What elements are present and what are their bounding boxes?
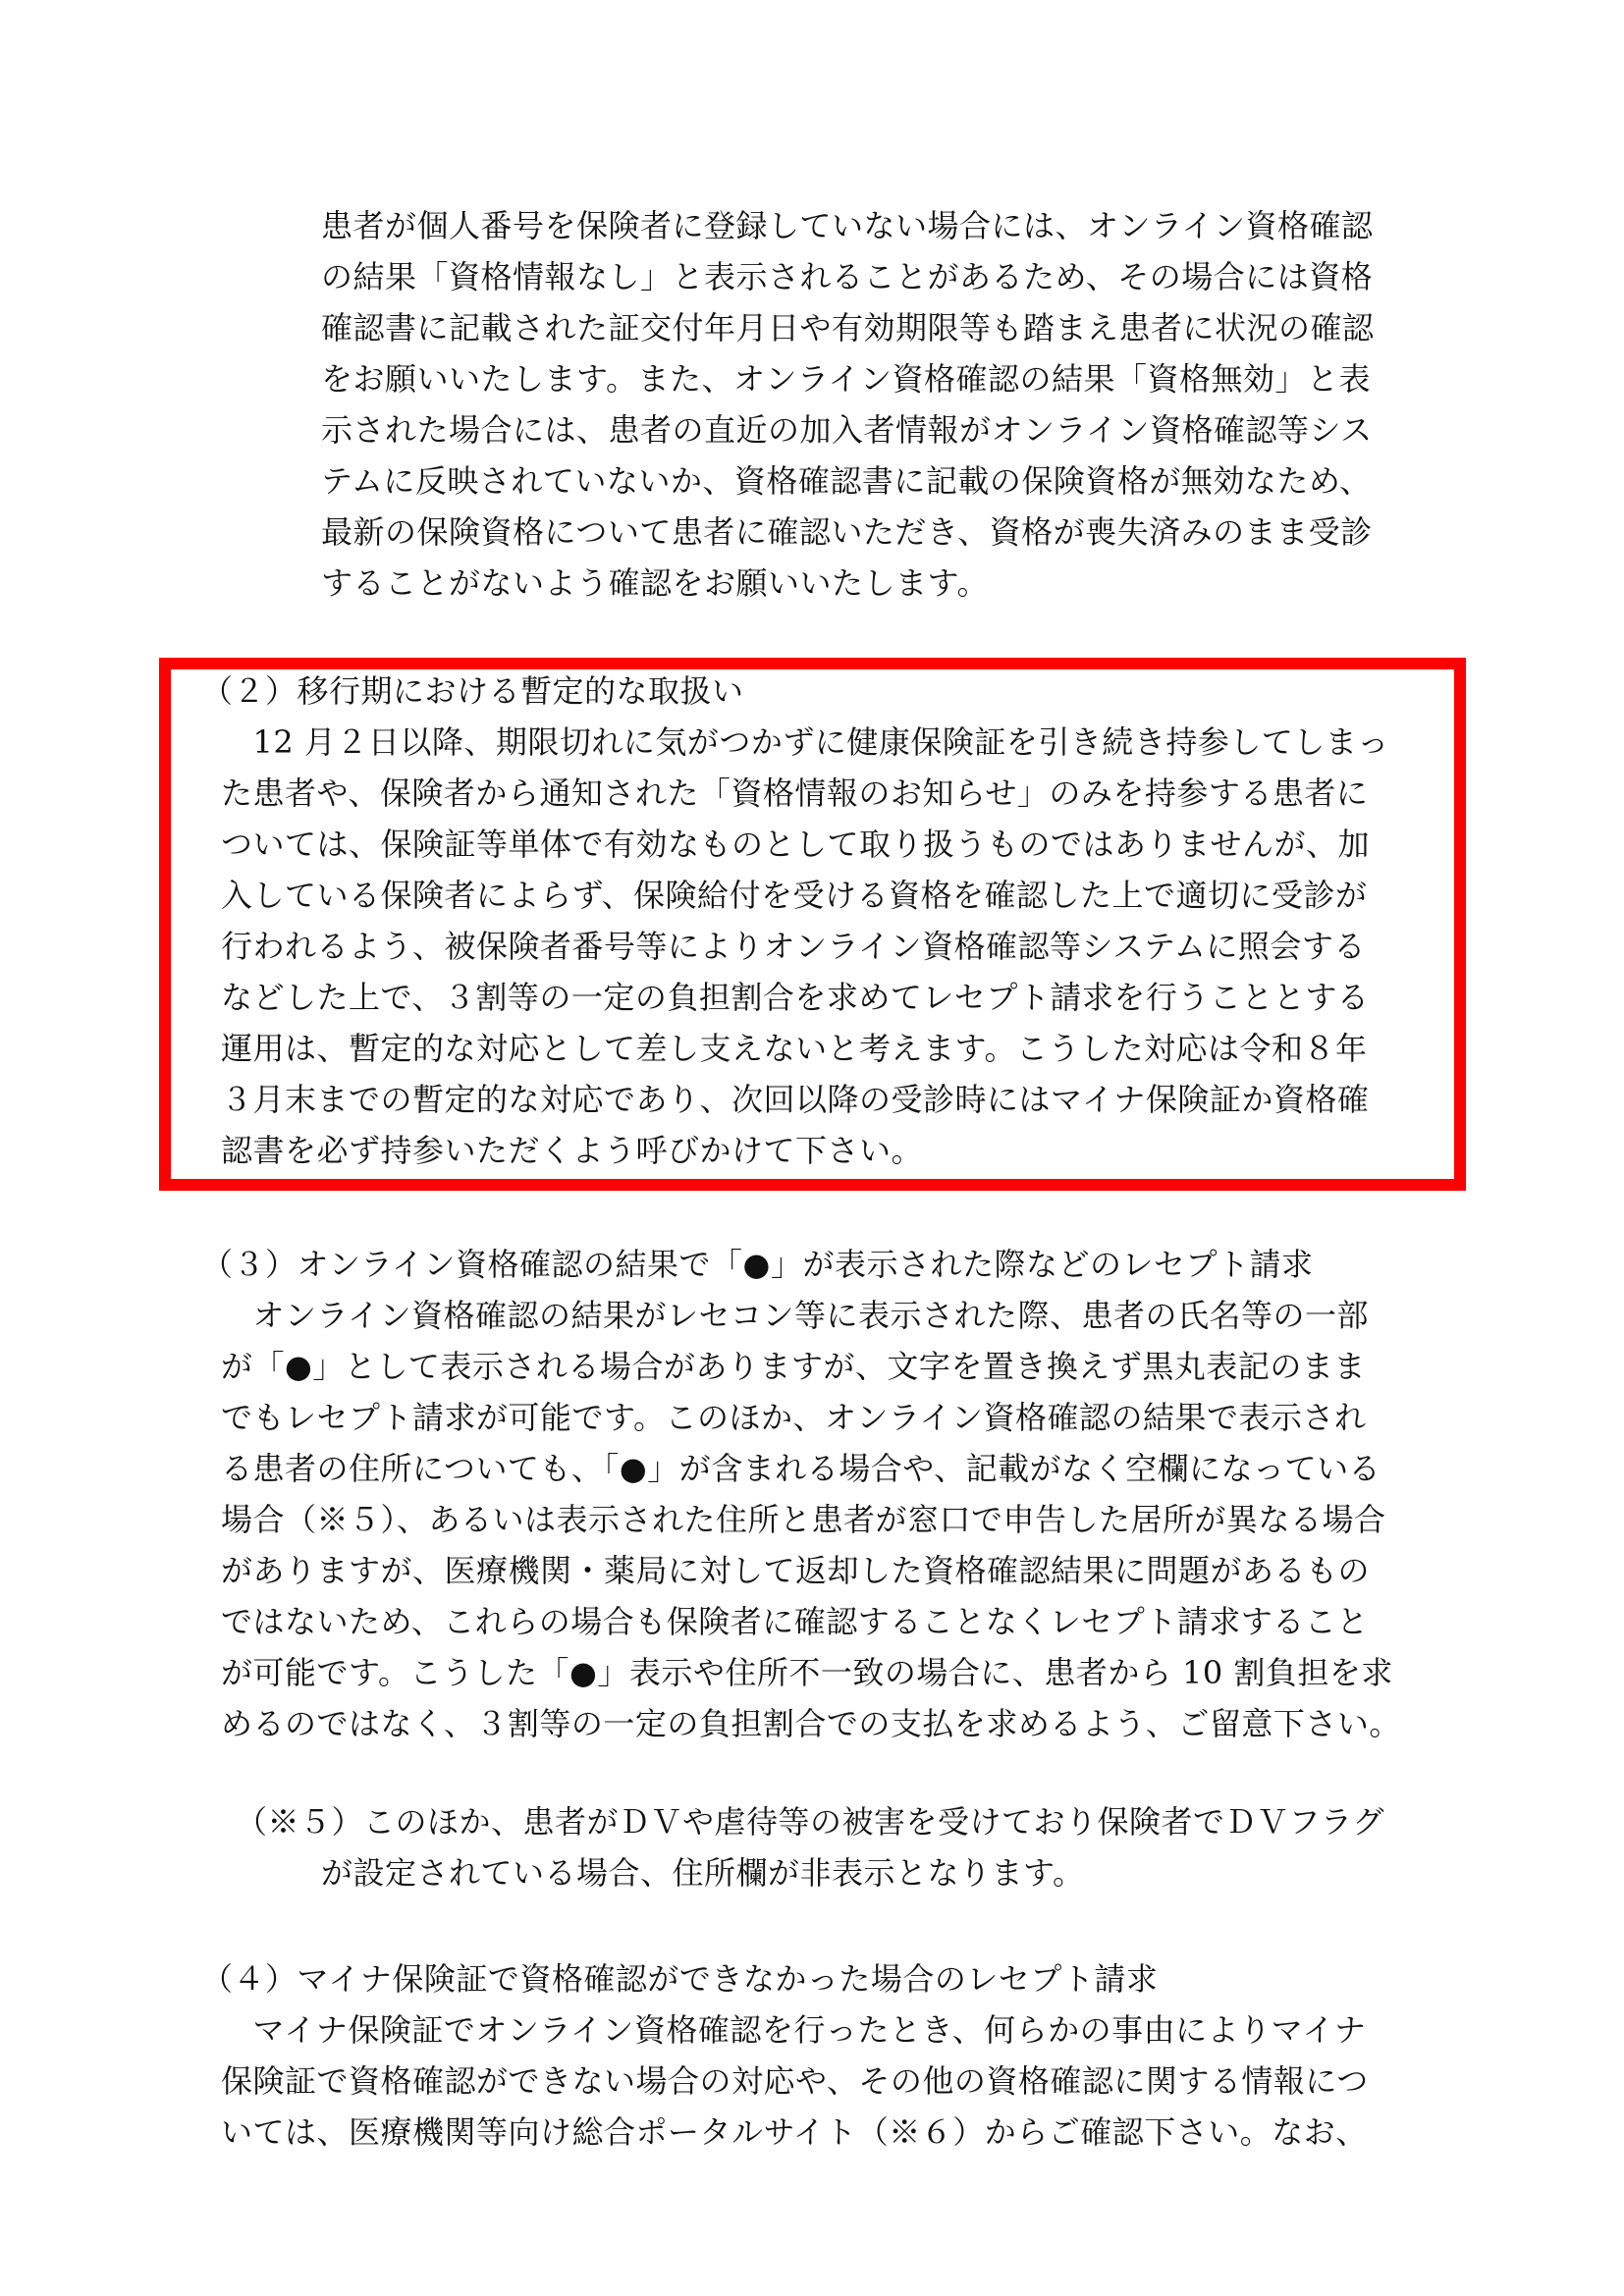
paragraph-line: が可能です。こうした「●」表示や住所不一致の場合に、患者から 10 割負担を求 [221,1653,1393,1692]
paragraph-line: 患者が個人番号を保険者に登録していない場合には、オンライン資格確認 [321,206,1374,245]
paragraph-line: 12 月２日以降、期限切れに気がつかずに健康保険証を引き続き持参してしまっ [221,722,1389,762]
paragraph-line: することがないよう確認をお願いいたします。 [321,563,989,603]
section-heading: （３）オンライン資格確認の結果で「●」が表示された際などのレセプト請求 [201,1245,1313,1284]
paragraph-line: 最新の保険資格について患者に確認いただき、資格が喪失済みのまま受診 [321,512,1373,552]
paragraph-line: 認書を必ず持参いただくよう呼びかけて下さい。 [221,1131,923,1170]
section-heading: （４）マイナ保険証で資格確認ができなかった場合のレセプト請求 [201,1959,1158,1999]
paragraph-line: 確認書に記載された証交付年月日や有効期限等も踏まえ患者に状況の確認 [321,308,1375,347]
paragraph-line: る患者の住所についても、「●」が含まれる場合や、記載がなく空欄になっている [221,1449,1380,1488]
paragraph-line: 保険証で資格確認ができない場合の対応や、その他の資格確認に関する情報につ [221,2061,1369,2101]
paragraph-line: 示された場合には、患者の直近の加入者情報がオンライン資格確認等シス [321,410,1373,450]
footnote-line: （※５）このほか、患者がＤＶや虐待等の被害を受けており保険者でＤＶフラグ [236,1802,1384,1842]
paragraph-line: めるのではなく、３割等の一定の負担割合での支払を求めるよう、ご留意下さい。 [221,1704,1401,1743]
paragraph-line: をお願いいたします。また、オンライン資格確認の結果「資格無効」と表 [321,359,1371,399]
paragraph-line: テムに反映されていないか、資格確認書に記載の保険資格が無効なため、 [321,461,1372,501]
paragraph-line: ついては、保険証等単体で有効なものとして取り扱うものではありませんが、加 [221,825,1370,864]
paragraph-line: ではないため、これらの場合も保険者に確認することなくレセプト請求すること [221,1602,1369,1641]
paragraph-line: 場合（※５）、あるいは表示された住所と患者が窓口で申告した居所が異なる場合 [221,1500,1386,1539]
footnote-line: が設定されている場合、住所欄が非表示となります。 [321,1853,1084,1893]
paragraph-line: が「●」として表示される場合がありますが、文字を置き換えず黒丸表記のまま [221,1347,1366,1386]
paragraph-line: 入している保険者によらず、保険給付を受ける資格を確認した上で適切に受診が [221,876,1367,915]
paragraph-line: などした上で、３割等の一定の負担割合を求めてレセプト請求を行うこととする [221,978,1369,1017]
section-heading: （２）移行期における暫定的な取扱い [201,671,744,711]
paragraph-line: オンライン資格確認の結果がレセコン等に表示された際、患者の氏名等の一部 [221,1296,1369,1335]
paragraph-line: ３月末までの暫定的な対応であり、次回以降の受診時にはマイナ保険証か資格確 [221,1080,1369,1119]
paragraph-line: 運用は、暫定的な対応として差し支えないと考えます。こうした対応は令和８年 [221,1029,1367,1068]
paragraph-line: いては、医療機関等向け総合ポータルサイト（※６）からご確認下さい。なお、 [221,2112,1368,2152]
paragraph-line: マイナ保険証でオンライン資格確認を行ったとき、何らかの事由によりマイナ [221,2010,1366,2050]
paragraph-line: がありますが、医療機関・薬局に対して返却した資格確認結果に問題があるもの [221,1551,1370,1590]
paragraph-line: の結果「資格情報なし」と表示されることがあるため、その場合には資格 [321,257,1373,296]
paragraph-line: 行われるよう、被保険者番号等によりオンライン資格確認等システムに照会する [221,927,1366,966]
paragraph-line: た患者や、保険者から通知された「資格情報のお知らせ」のみを持参する患者に [221,774,1368,813]
paragraph-line: でもレセプト請求が可能です。このほか、オンライン資格確認の結果で表示され [221,1398,1366,1437]
